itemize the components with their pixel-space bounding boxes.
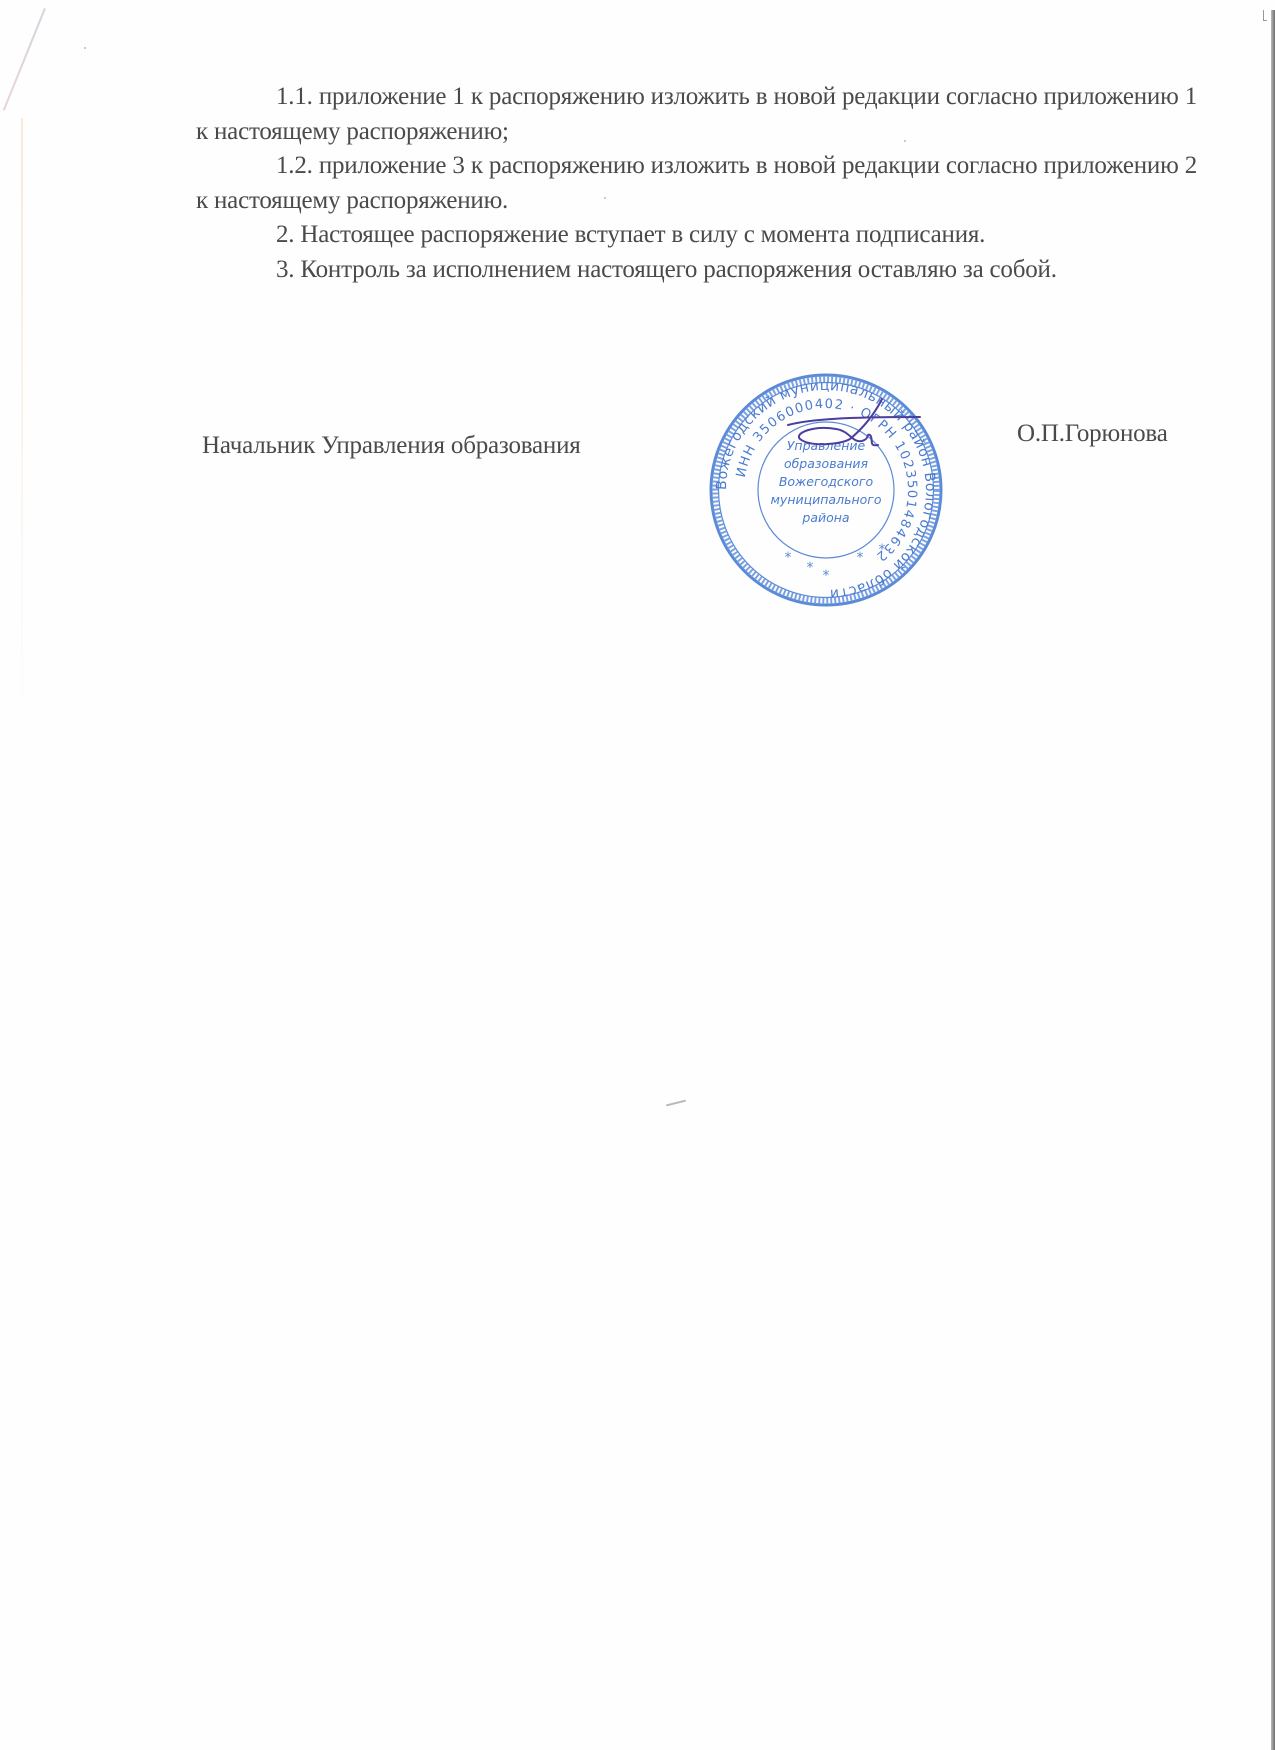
scanned-document-page: 1.1. приложение 1 к распоряжению изложит…: [0, 0, 1275, 1750]
handwritten-signature: [770, 395, 930, 475]
paragraph-1-1: 1.1. приложение 1 к распоряжению изложит…: [196, 80, 1197, 149]
scan-artifact-dot: [84, 47, 86, 49]
seal-star: *: [823, 568, 830, 584]
seal-star: *: [857, 550, 864, 566]
scan-edge-shadow: [1271, 10, 1275, 1750]
seal-center-line-4: муниципального: [771, 492, 882, 507]
paragraph-1-2: 1.2. приложение 3 к распоряжению изложит…: [196, 149, 1197, 218]
scan-artifact-corner-mark: [1263, 10, 1267, 21]
scan-artifact-shadow: [21, 118, 23, 698]
seal-center-line-5: района: [801, 510, 849, 525]
seal-star: *: [785, 550, 792, 566]
scan-artifact-speck: [666, 1100, 686, 1107]
scan-artifact-line: [3, 8, 46, 111]
document-body: 1.1. приложение 1 к распоряжению изложит…: [196, 80, 1197, 287]
signatory-position: Начальник Управления образования: [202, 432, 581, 460]
seal-star: *: [879, 542, 886, 558]
paragraph-2: 2. Настоящее распоряжение вступает в сил…: [196, 218, 1197, 253]
seal-center-line-3: Вожегодского: [779, 474, 874, 489]
signatory-name: О.П.Горюнова: [1017, 420, 1168, 448]
paragraph-3: 3. Контроль за исполнением настоящего ра…: [196, 253, 1197, 288]
seal-star: *: [807, 560, 814, 576]
